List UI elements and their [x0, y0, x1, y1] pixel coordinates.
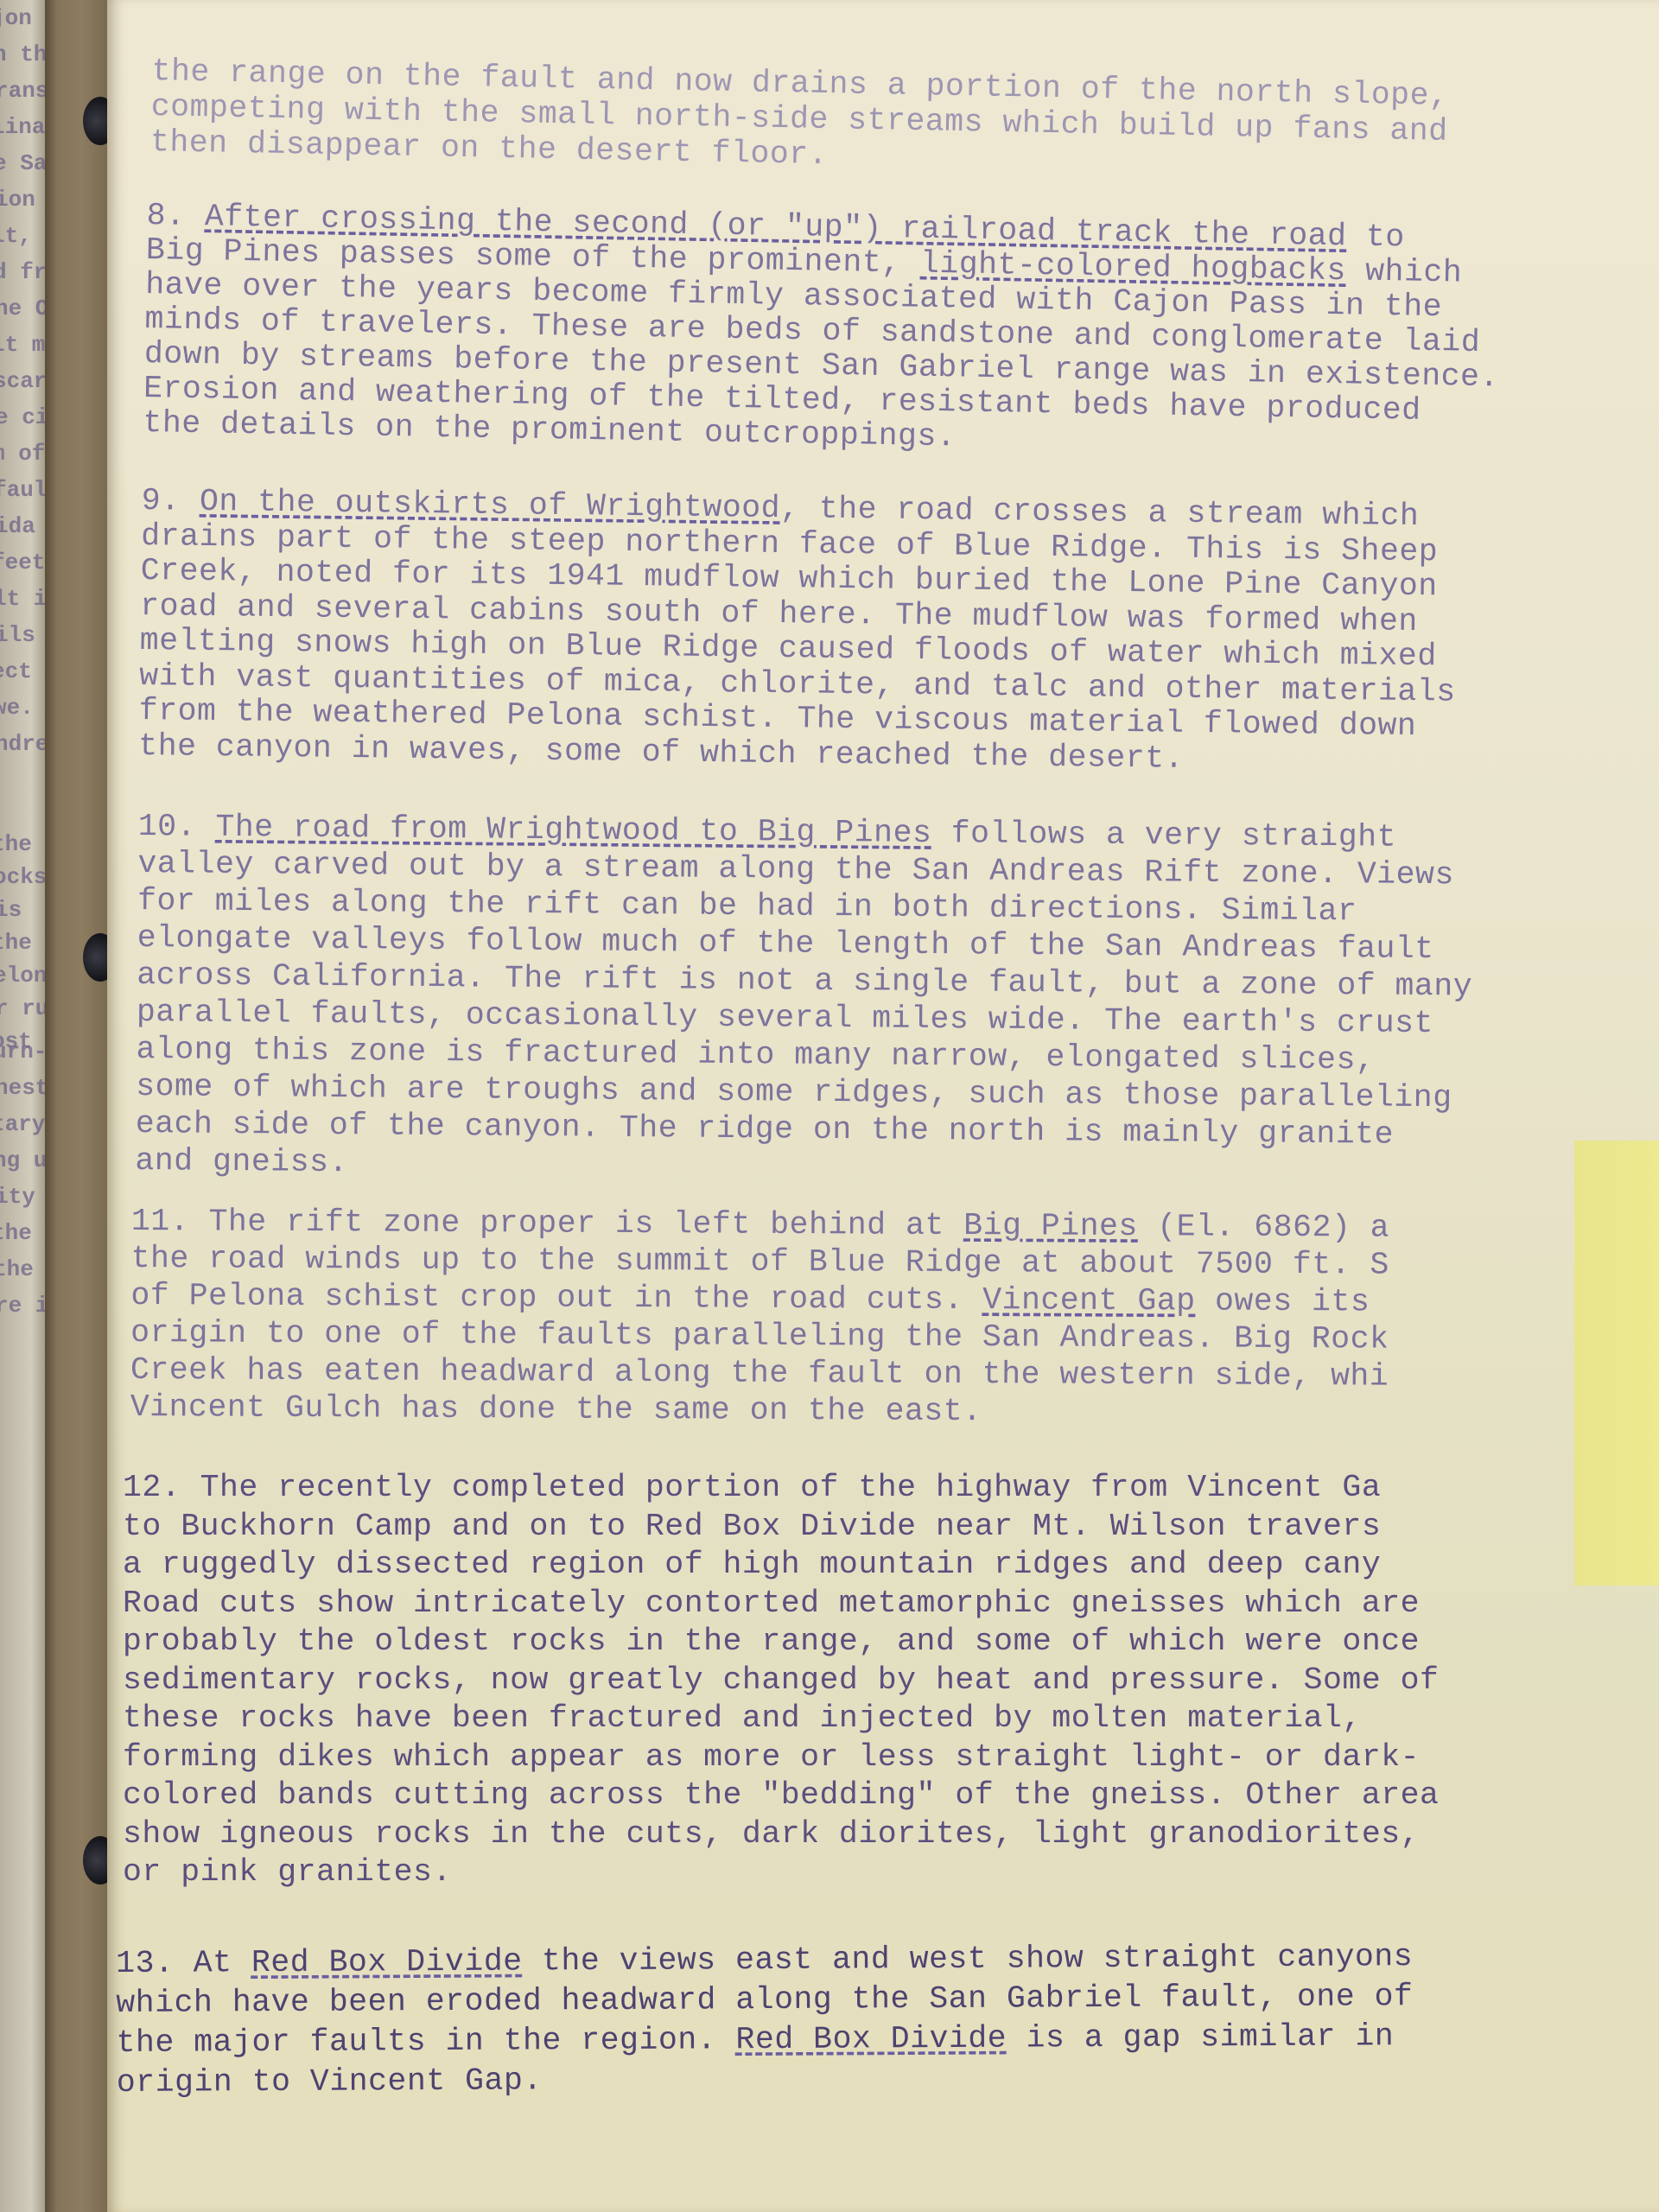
left-page-fragment: lt, o [0, 221, 43, 251]
text-line: to Buckhorn Camp and on to Red Box Divid… [123, 1508, 1439, 1547]
left-page-fragment: he Ou [0, 294, 45, 323]
text-line: 11. The rift zone proper is left behind … [131, 1203, 1389, 1247]
left-page-fragment: the [0, 928, 43, 957]
left-page-fragment: lt ma [0, 330, 43, 359]
stop-13-paragraph: 13. At Red Box Divide the views east and… [116, 1937, 1414, 2103]
stop-11-paragraph: 11. The rift zone proper is left behind … [130, 1203, 1390, 1433]
binder-spine [45, 0, 107, 2212]
text-line: the major faults in the region. Red Box … [116, 2017, 1413, 2063]
left-page-fragment: ida of [0, 512, 45, 541]
text-line: origin to one of the faults paralleling … [130, 1314, 1389, 1358]
text-line: colored bands cutting across the "beddin… [123, 1777, 1439, 1815]
text-line: a ruggedly dissected region of high moun… [123, 1546, 1439, 1585]
text-line: or pink granites. [123, 1853, 1439, 1892]
left-page-fragment: ect is [0, 657, 43, 686]
left-page-fragment: n the [0, 40, 45, 69]
text-line: forming dikes which appear as more or le… [123, 1738, 1439, 1777]
text-line: 12. The recently completed portion of th… [123, 1469, 1439, 1508]
left-page-fragment: we. [0, 693, 45, 722]
left-page-fragment: lina, [0, 112, 43, 142]
text-line: of Pelona schist crop out in the road cu… [130, 1277, 1389, 1321]
text-line: Vincent Gulch has done the same on the e… [130, 1389, 1389, 1433]
left-page-fragment: re is [0, 1291, 45, 1320]
left-page-fragment: ils [0, 620, 45, 650]
stop-8-paragraph: 8. After crossing the second (or "up") r… [143, 199, 1502, 464]
text-line: probably the oldest rocks in the range, … [123, 1623, 1439, 1662]
text-line: show igneous rocks in the cuts, dark dio… [123, 1815, 1439, 1854]
left-page-fragment: the [0, 1218, 43, 1248]
left-page-fragment: rans [0, 76, 45, 105]
stop-10-paragraph: 10. The road from Wrightwood to Big Pine… [135, 808, 1474, 1191]
left-page-fragment: jon [0, 3, 43, 33]
left-page-fragment: urn- [0, 1037, 45, 1066]
text-line: sedimentary rocks, now greatly changed b… [123, 1662, 1439, 1700]
left-page-fragment: scarp [0, 366, 45, 396]
left-page-fragment: lt is [0, 584, 45, 613]
left-page-fragment: ity of [0, 1182, 45, 1211]
stop-9-paragraph: 9. On the outskirts of Wrightwood, the r… [138, 484, 1458, 780]
left-page-fragment: tary [0, 1109, 43, 1139]
left-page-fragment: d fro [0, 257, 45, 287]
left-page-fragment: the [0, 1255, 45, 1284]
left-page-fragment: feet o [0, 548, 43, 577]
text-line: 13. At Red Box Divide the views east and… [116, 1937, 1413, 1984]
left-page-fragment: e city [0, 403, 45, 432]
left-page-fragment: r runs [0, 994, 45, 1023]
stop-12-paragraph: 12. The recently completed portion of th… [123, 1469, 1439, 1892]
left-page-fragment: e San [0, 149, 45, 178]
left-page-fragment: is [0, 895, 45, 925]
sticky-note [1574, 1141, 1659, 1586]
text-line: which have been eroded headward along th… [116, 1977, 1413, 2024]
text-line: Creek has eaten headward along the fault… [130, 1351, 1389, 1395]
left-page-fragment: ng up [0, 1146, 45, 1175]
left-page-fragment: hester [0, 1073, 45, 1103]
text-line: the road winds up to the summit of Blue … [131, 1240, 1389, 1284]
left-page-fragment: fault, [0, 475, 45, 505]
text-line: these rocks have been fractured and inje… [123, 1700, 1439, 1738]
left-page-fragment: the [0, 829, 43, 859]
text-line: origin to Vincent Gap. [117, 2056, 1414, 2103]
left-page-fragment: elona [0, 961, 45, 990]
adjacent-left-page: jonn theranslina,e Sanion olt, od frohe … [0, 0, 45, 2212]
left-page-fragment: m of [0, 439, 43, 468]
left-page-fragment: ndred [0, 729, 45, 759]
left-page-fragment: ion o [0, 185, 45, 214]
left-page-fragment: ocks [0, 862, 45, 892]
text-line: Road cuts show intricately contorted met… [123, 1585, 1439, 1624]
